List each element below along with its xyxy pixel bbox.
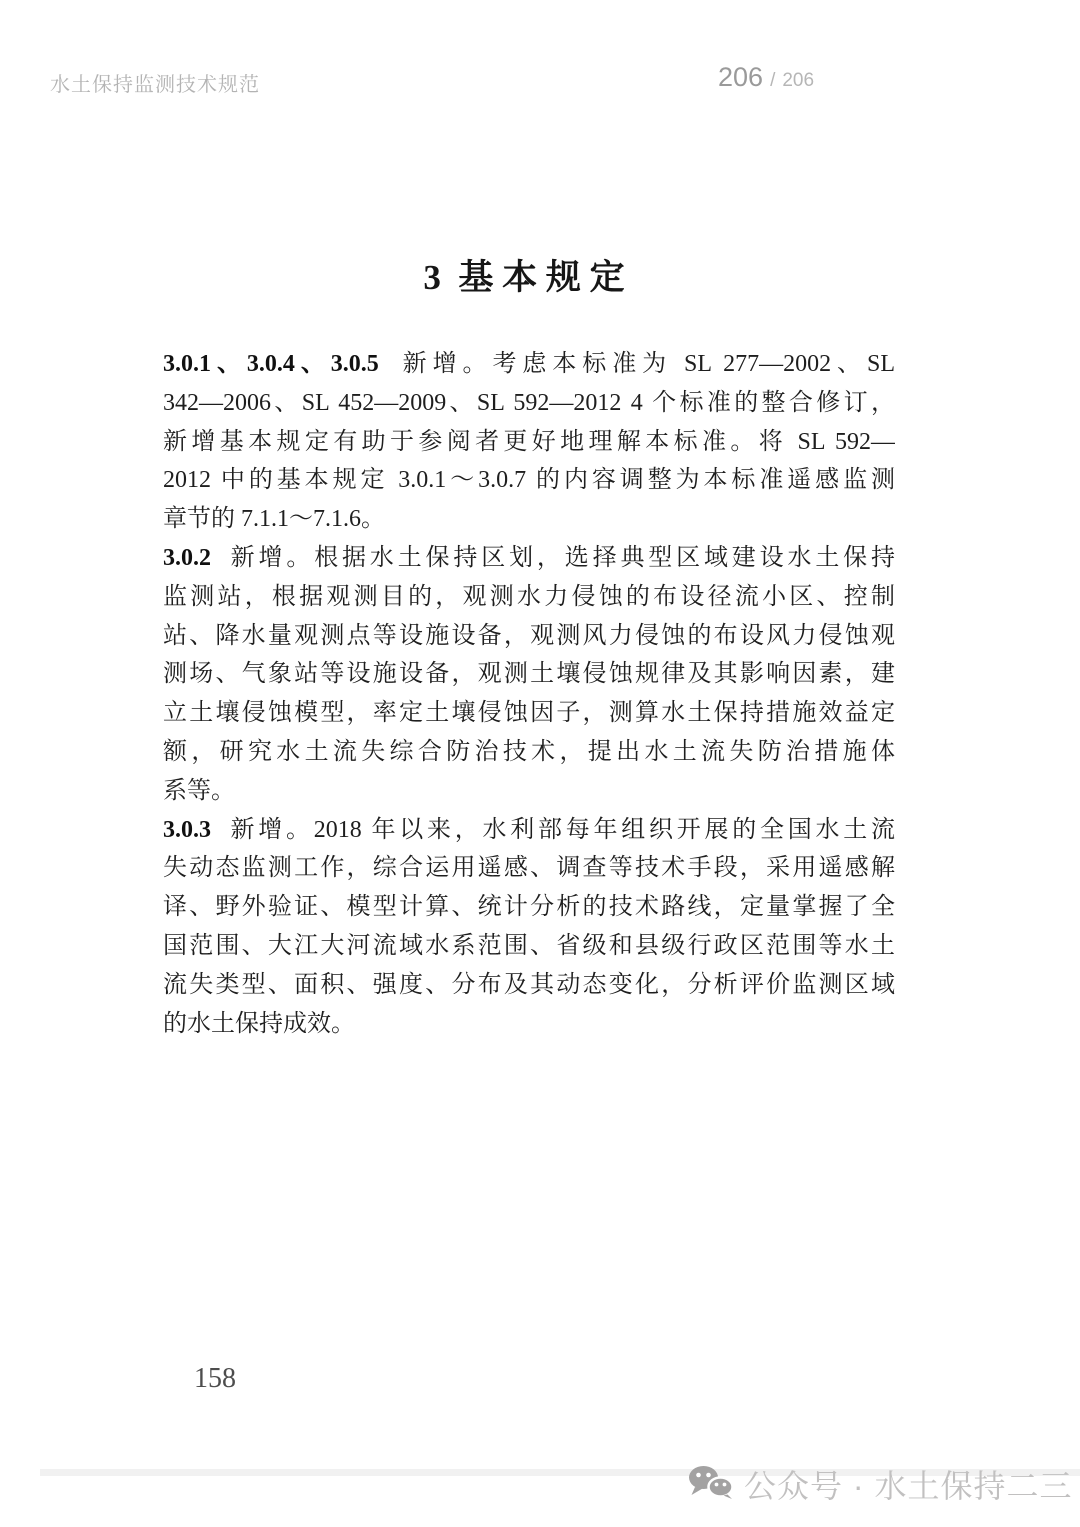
line-text: 的水土保持成效。	[163, 1011, 355, 1037]
document-page: 水土保持监测技术规范 206 / 206 3 基 本 规 定 3.0.1、3.0…	[0, 0, 1080, 1527]
body-text: 3.0.1、3.0.4、3.0.5 新增。考虑本标准为 SL 277—2002、…	[163, 345, 895, 1043]
line-text: 译、野外验证、模型计算、统计分析的技术路线，定量掌握了全	[163, 894, 895, 920]
body-line: 测场、气象站等设施设备，观测土壤侵蚀规律及其影响因素，建	[163, 655, 895, 694]
line-text: 2012 中的基本规定 3.0.1～3.0.7 的内容调整为本标准遥感监测	[163, 467, 895, 493]
chapter-title: 3 基 本 规 定	[0, 250, 1048, 300]
line-text: 站、降水量观测点等设施设备，观测风力侵蚀的布设风力侵蚀观	[163, 623, 895, 649]
body-line: 的水土保持成效。	[163, 1005, 895, 1044]
line-text: 额，研究水土流失综合防治技术，提出水土流失防治措施体	[163, 739, 895, 765]
doc-title: 水土保持监测技术规范	[50, 68, 260, 97]
body-line: 站、降水量观测点等设施设备，观测风力侵蚀的布设风力侵蚀观	[163, 617, 895, 656]
body-line: 流失类型、面积、强度、分布及其动态变化，分析评价监测区域	[163, 966, 895, 1005]
body-line: 342—2006、SL 452—2009、SL 592—2012 4 个标准的整…	[163, 384, 895, 423]
line-text: 新增基本规定有助于参阅者更好地理解本标准。将 SL 592—	[163, 429, 895, 455]
body-line: 2012 中的基本规定 3.0.1～3.0.7 的内容调整为本标准遥感监测	[163, 461, 895, 500]
section-number: 3.0.3	[163, 817, 211, 843]
page-indicator: 206 / 206	[718, 62, 814, 93]
line-text: 342—2006、SL 452—2009、SL 592—2012 4 个标准的整…	[163, 390, 895, 416]
line-text: 新增。考虑本标准为 SL 277—2002、SL	[379, 351, 895, 377]
line-text: 立土壤侵蚀模型，率定土壤侵蚀因子，测算水土保持措施效益定	[163, 700, 895, 726]
body-line: 新增基本规定有助于参阅者更好地理解本标准。将 SL 592—	[163, 423, 895, 462]
page-number: 158	[194, 1363, 236, 1395]
page-total: 206	[782, 70, 814, 92]
line-text: 监测站，根据观测目的，观测水力侵蚀的布设径流小区、控制	[163, 584, 895, 610]
body-line: 系等。	[163, 772, 895, 811]
page-separator: /	[770, 70, 775, 92]
body-line: 立土壤侵蚀模型，率定土壤侵蚀因子，测算水土保持措施效益定	[163, 694, 895, 733]
section-number: 3.0.1、3.0.4、3.0.5	[163, 351, 379, 377]
line-text: 国范围、大江大河流域水系范围、省级和县级行政区范围等水土	[163, 933, 895, 959]
line-text: 流失类型、面积、强度、分布及其动态变化，分析评价监测区域	[163, 972, 895, 998]
line-text: 章节的 7.1.1～7.1.6。	[163, 506, 385, 532]
body-line: 译、野外验证、模型计算、统计分析的技术路线，定量掌握了全	[163, 888, 895, 927]
watermark: 公众号 · 水土保持二三	[688, 1461, 1072, 1507]
body-line: 3.0.3 新增。2018 年以来，水利部每年组织开展的全国水土流	[163, 811, 895, 850]
watermark-text: 公众号 · 水土保持二三	[744, 1461, 1072, 1507]
wechat-icon	[688, 1465, 734, 1504]
page-current: 206	[718, 62, 763, 93]
line-text: 新增。根据水土保持区划，选择典型区域建设水土保持	[211, 545, 895, 571]
line-text: 失动态监测工作，综合运用遥感、调查等技术手段，采用遥感解	[163, 855, 895, 881]
line-text: 新增。2018 年以来，水利部每年组织开展的全国水土流	[211, 817, 895, 843]
line-text: 测场、气象站等设施设备，观测土壤侵蚀规律及其影响因素，建	[163, 661, 895, 687]
body-line: 3.0.1、3.0.4、3.0.5 新增。考虑本标准为 SL 277—2002、…	[163, 345, 895, 384]
body-line: 国范围、大江大河流域水系范围、省级和县级行政区范围等水土	[163, 927, 895, 966]
body-line: 章节的 7.1.1～7.1.6。	[163, 500, 895, 539]
body-line: 额，研究水土流失综合防治技术，提出水土流失防治措施体	[163, 733, 895, 772]
section-number: 3.0.2	[163, 545, 211, 571]
body-line: 失动态监测工作，综合运用遥感、调查等技术手段，采用遥感解	[163, 849, 895, 888]
line-text: 系等。	[163, 778, 235, 804]
body-line: 3.0.2 新增。根据水土保持区划，选择典型区域建设水土保持	[163, 539, 895, 578]
body-line: 监测站，根据观测目的，观测水力侵蚀的布设径流小区、控制	[163, 578, 895, 617]
